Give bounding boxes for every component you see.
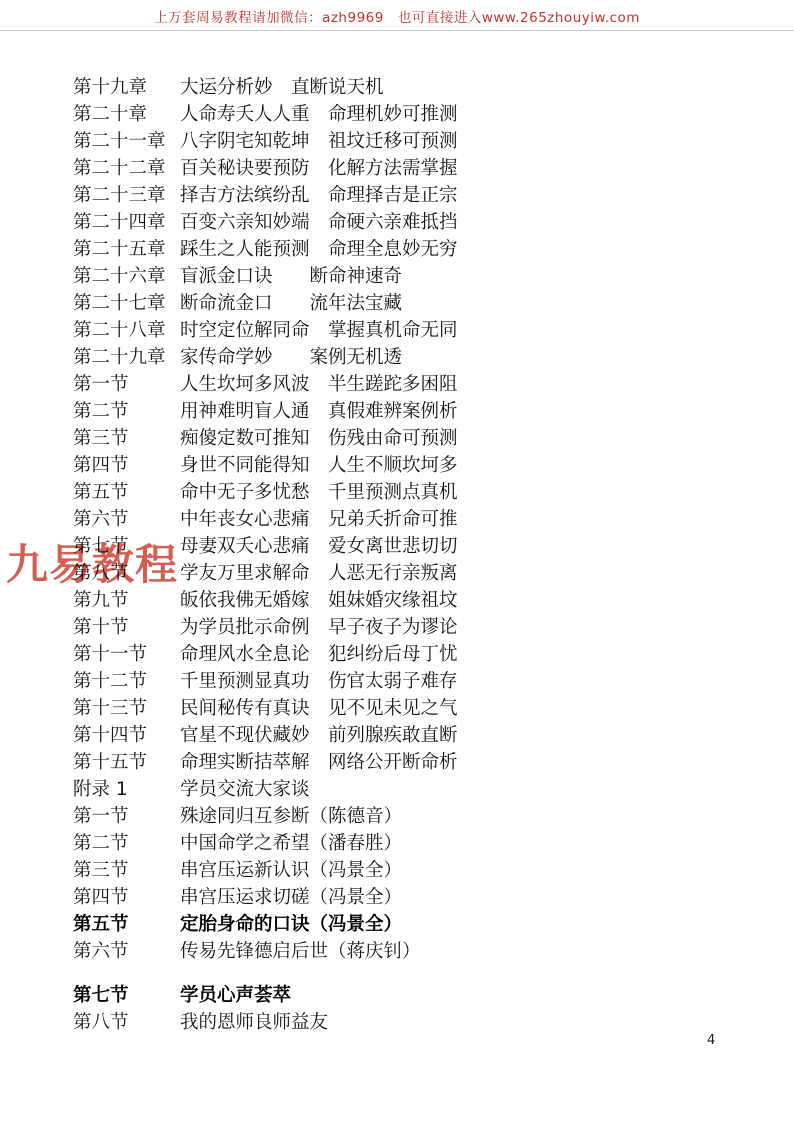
toc-row: 第九节皈依我佛无婚嫁 姐妹婚灾缘祖坟	[73, 587, 723, 614]
toc-row: 第十二节千里预测显真功 伤官太弱子难存	[73, 668, 723, 695]
toc-row: 第五节定胎身命的口诀（冯景全）	[73, 911, 723, 938]
toc-row-title: 百关秘诀要预防 化解方法需掌握	[180, 155, 458, 182]
toc-row-label: 第四节	[73, 452, 180, 479]
toc-row-label: 第十一节	[73, 641, 180, 668]
toc-row-label: 第十五节	[73, 749, 180, 776]
toc-row-title: 串宫压运新认识（冯景全）	[180, 857, 402, 884]
toc-row: 第八节我的恩师良师益友	[73, 1009, 723, 1036]
toc-row-label: 第二十七章	[73, 290, 180, 317]
toc-row-title: 大运分析妙 直断说天机	[180, 74, 384, 101]
toc-row: 第十四节官星不现伏藏妙 前列腺疾敢直断	[73, 722, 723, 749]
toc-row-label: 附录 1	[73, 776, 180, 803]
toc-row-label: 第一节	[73, 371, 180, 398]
toc-row: 第十九章大运分析妙 直断说天机	[73, 74, 723, 101]
toc-row: 第四节身世不同能得知 人生不顺坎坷多	[73, 452, 723, 479]
toc-row-title: 盲派金口诀 断命神速奇	[180, 263, 402, 290]
toc-row: 第二十五章踩生之人能预测 命理全息妙无穷	[73, 236, 723, 263]
toc-row-title: 身世不同能得知 人生不顺坎坷多	[180, 452, 458, 479]
toc-row: 第十一节命理风水全息论 犯纠纷后母丁忧	[73, 641, 723, 668]
toc-row: 第三节痴傻定数可推知 伤残由命可预测	[73, 425, 723, 452]
toc-row-label: 第二节	[73, 830, 180, 857]
toc-row-label: 第三节	[73, 857, 180, 884]
toc-row-title: 官星不现伏藏妙 前列腺疾敢直断	[180, 722, 458, 749]
toc-row: 第二十章人命寿夭人人重 命理机妙可推测	[73, 101, 723, 128]
header-ad-text: 上万套周易教程请加微信：azh9969 也可直接进入www.265zhouyiw…	[0, 6, 794, 26]
toc-row-label: 第八节	[73, 560, 180, 587]
toc-row-label: 第十四节	[73, 722, 180, 749]
toc-row-title: 人命寿夭人人重 命理机妙可推测	[180, 101, 458, 128]
toc-row-title: 八字阴宅知乾坤 祖坟迁移可预测	[180, 128, 458, 155]
toc-row: 第二十一章八字阴宅知乾坤 祖坟迁移可预测	[73, 128, 723, 155]
toc-row-label: 第二十六章	[73, 263, 180, 290]
toc-row-title: 民间秘传有真诀 见不见未见之气	[180, 695, 458, 722]
toc-row-label: 第二十三章	[73, 182, 180, 209]
toc-row-title: 学员心声荟萃	[180, 982, 291, 1009]
toc-row-label: 第二十一章	[73, 128, 180, 155]
toc-row-label: 第九节	[73, 587, 180, 614]
toc-row-label: 第五节	[73, 911, 180, 938]
toc-row: 第三节串宫压运新认识（冯景全）	[73, 857, 723, 884]
toc-row-title: 人生坎坷多风波 半生蹉跎多困阻	[180, 371, 458, 398]
toc-row: 附录 1学员交流大家谈	[73, 776, 723, 803]
toc-row-label: 第七节	[73, 982, 180, 1009]
toc-row-label: 第十节	[73, 614, 180, 641]
toc-row-label: 第二十八章	[73, 317, 180, 344]
toc-row-title: 时空定位解同命 掌握真机命无同	[180, 317, 458, 344]
toc-row-label: 第一节	[73, 803, 180, 830]
toc-row-title: 串宫压运求切磋（冯景全）	[180, 884, 402, 911]
toc-row-title: 百变六亲知妙端 命硬六亲难抵挡	[180, 209, 458, 236]
toc-row: 第二十二章百关秘诀要预防 化解方法需掌握	[73, 155, 723, 182]
toc-row-label: 第二十章	[73, 101, 180, 128]
toc-row-label: 第十九章	[73, 74, 180, 101]
toc-row-title: 殊途同归互参断（陈德音）	[180, 803, 402, 830]
toc-row-label: 第二节	[73, 398, 180, 425]
toc-row: 第六节中年丧女心悲痛 兄弟夭折命可推	[73, 506, 723, 533]
document-page: 上万套周易教程请加微信：azh9969 也可直接进入www.265zhouyiw…	[0, 0, 794, 1123]
toc-row: 第二十三章择吉方法缤纷乱 命理择吉是正宗	[73, 182, 723, 209]
toc-row: 第七节母妻双夭心悲痛 爱女离世悲切切	[73, 533, 723, 560]
toc-row: 第二十八章时空定位解同命 掌握真机命无同	[73, 317, 723, 344]
toc-row-title: 用神难明盲人通 真假难辨案例析	[180, 398, 458, 425]
toc-row-title: 中国命学之希望（潘春胜）	[180, 830, 402, 857]
toc-row-title: 皈依我佛无婚嫁 姐妹婚灾缘祖坟	[180, 587, 458, 614]
toc-row: 第一节殊途同归互参断（陈德音）	[73, 803, 723, 830]
toc-row-title: 为学员批示命例 早子夜子为谬论	[180, 614, 458, 641]
toc-row-title: 学友万里求解命 人恶无行亲叛离	[180, 560, 458, 587]
toc-row-title: 踩生之人能预测 命理全息妙无穷	[180, 236, 458, 263]
toc-row-title: 命理风水全息论 犯纠纷后母丁忧	[180, 641, 458, 668]
toc-row: 第五节命中无子多忧愁 千里预测点真机	[73, 479, 723, 506]
toc-row-title: 传易先锋德启后世（蒋庆钊）	[180, 938, 421, 965]
toc-row: 第二十四章百变六亲知妙端 命硬六亲难抵挡	[73, 209, 723, 236]
toc-row-title: 中年丧女心悲痛 兄弟夭折命可推	[180, 506, 458, 533]
toc-row-title: 学员交流大家谈	[180, 776, 310, 803]
toc-row: 第七节学员心声荟萃	[73, 982, 723, 1009]
toc-row: 第十五节命理实断拮萃解 网络公开断命析	[73, 749, 723, 776]
toc-row-label: 第七节	[73, 533, 180, 560]
header-divider	[0, 30, 794, 31]
toc-row: 第二节用神难明盲人通 真假难辨案例析	[73, 398, 723, 425]
toc-row-label: 第三节	[73, 425, 180, 452]
toc-row: 第二十九章家传命学妙 案例无机透	[73, 344, 723, 371]
toc-row-title: 我的恩师良师益友	[180, 1009, 328, 1036]
toc-row: 第二十七章断命流金口 流年法宝藏	[73, 290, 723, 317]
toc-row: 第八节学友万里求解命 人恶无行亲叛离	[73, 560, 723, 587]
toc-row-label: 第五节	[73, 479, 180, 506]
toc-row-label: 第十三节	[73, 695, 180, 722]
toc-row-title: 命中无子多忧愁 千里预测点真机	[180, 479, 458, 506]
toc-row-title: 命理实断拮萃解 网络公开断命析	[180, 749, 458, 776]
toc-row-label: 第六节	[73, 506, 180, 533]
toc-row: 第十节为学员批示命例 早子夜子为谬论	[73, 614, 723, 641]
toc-row-label: 第四节	[73, 884, 180, 911]
toc-row: 第二十六章盲派金口诀 断命神速奇	[73, 263, 723, 290]
toc-row-title: 断命流金口 流年法宝藏	[180, 290, 402, 317]
toc-row: 第十三节民间秘传有真诀 见不见未见之气	[73, 695, 723, 722]
toc-row-title: 千里预测显真功 伤官太弱子难存	[180, 668, 458, 695]
toc-row: 第一节人生坎坷多风波 半生蹉跎多困阻	[73, 371, 723, 398]
toc-row-title: 母妻双夭心悲痛 爱女离世悲切切	[180, 533, 458, 560]
toc-row-title: 择吉方法缤纷乱 命理择吉是正宗	[180, 182, 458, 209]
page-number: 4	[707, 1033, 715, 1048]
toc-row-label: 第二十四章	[73, 209, 180, 236]
toc-row-title: 定胎身命的口诀（冯景全）	[180, 911, 402, 938]
toc-row-label: 第二十五章	[73, 236, 180, 263]
toc-row-label: 第二十二章	[73, 155, 180, 182]
table-of-contents: 第十九章大运分析妙 直断说天机第二十章人命寿夭人人重 命理机妙可推测第二十一章八…	[73, 74, 723, 1036]
toc-row: 第六节传易先锋德启后世（蒋庆钊）	[73, 938, 723, 965]
toc-row-label: 第六节	[73, 938, 180, 965]
toc-row: 第二节中国命学之希望（潘春胜）	[73, 830, 723, 857]
toc-row-label: 第八节	[73, 1009, 180, 1036]
toc-row-label: 第二十九章	[73, 344, 180, 371]
toc-row-title: 痴傻定数可推知 伤残由命可预测	[180, 425, 458, 452]
toc-row-label: 第十二节	[73, 668, 180, 695]
toc-row: 第四节串宫压运求切磋（冯景全）	[73, 884, 723, 911]
toc-row-title: 家传命学妙 案例无机透	[180, 344, 402, 371]
